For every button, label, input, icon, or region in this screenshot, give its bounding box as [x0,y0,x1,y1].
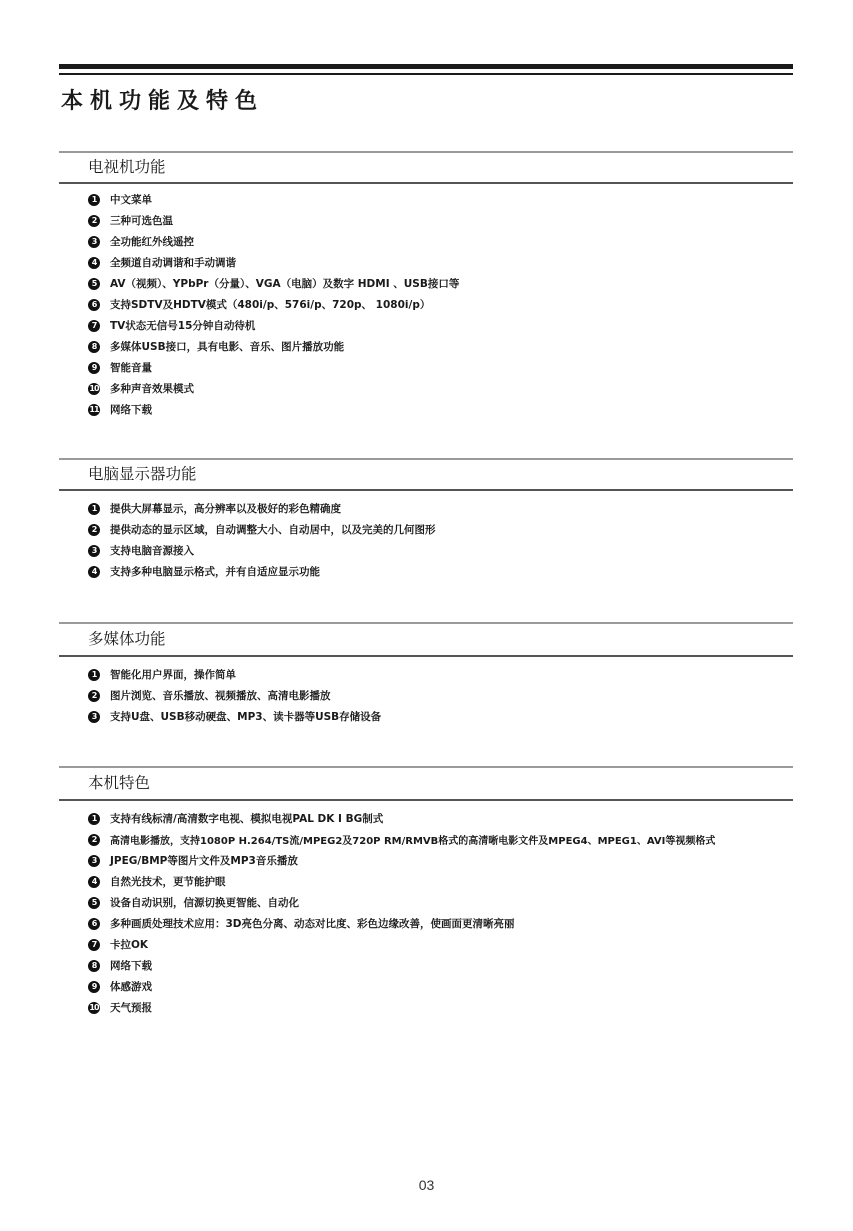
list-item: 7卡拉OK [59,934,793,955]
list-item: 4自然光技术，更节能护眼 [59,871,793,892]
item-text: AV（视频）、YPbPr（分量）、VGA（电脑）及数字 HDMI 、USB接口等 [110,276,459,291]
feature-list: 1提供大屏幕显示，高分辨率以及极好的彩色精确度 2提供动态的显示区域，自动调整大… [59,498,793,582]
section-multimedia-functions: 多媒体功能 1智能化用户界面，操作简单 2图片浏览、音乐播放、视频播放、高清电影… [59,622,793,727]
item-text: TV状态无信号15分钟自动待机 [110,318,255,333]
feature-list: 1智能化用户界面，操作简单 2图片浏览、音乐播放、视频播放、高清电影播放 3支持… [59,664,793,727]
item-text: 三种可选色温 [110,213,173,228]
header-rule-thin [59,73,793,75]
item-text: 体感游戏 [110,979,152,994]
number-bullet-icon: 3 [88,236,100,248]
list-item: 1智能化用户界面，操作简单 [59,664,793,685]
number-bullet-icon: 1 [88,503,100,515]
item-text: 智能音量 [110,360,152,375]
list-item: 2高清电影播放，支持1080P H.264/TS流/MPEG2及720P RM/… [59,829,793,850]
list-item: 8网络下载 [59,955,793,976]
number-bullet-icon: 5 [88,897,100,909]
list-item: 3支持电脑音源接入 [59,540,793,561]
number-bullet-icon: 6 [88,918,100,930]
item-text: 天气预报 [110,1000,152,1015]
number-bullet-icon: 4 [88,876,100,888]
section-title: 电视机功能 [59,153,793,182]
number-bullet-icon: 3 [88,855,100,867]
number-bullet-icon: 9 [88,981,100,993]
number-bullet-icon: 4 [88,257,100,269]
list-item: 6多种画质处理技术应用：3D亮色分离、动态对比度、彩色边缘改善，使画面更清晰亮丽 [59,913,793,934]
feature-list: 1支持有线标清/高清数字电视、模拟电视PAL DK I BG制式 2高清电影播放… [59,808,793,1018]
item-text: 中文菜单 [110,192,152,207]
number-bullet-icon: 6 [88,299,100,311]
item-text: 支持有线标清/高清数字电视、模拟电视PAL DK I BG制式 [110,811,383,826]
header-rule-thick [59,64,793,69]
list-item: 2提供动态的显示区域，自动调整大小、自动居中，以及完美的几何图形 [59,519,793,540]
section-bottom-rule [59,182,793,184]
number-bullet-icon: 8 [88,960,100,972]
number-bullet-icon: 10 [88,1002,100,1014]
list-item: 1提供大屏幕显示，高分辨率以及极好的彩色精确度 [59,498,793,519]
number-bullet-icon: 4 [88,566,100,578]
list-item: 10天气预报 [59,997,793,1018]
number-bullet-icon: 5 [88,278,100,290]
list-item: 2三种可选色温 [59,210,793,231]
number-bullet-icon: 9 [88,362,100,374]
item-text: 网络下载 [110,958,152,973]
item-text: 多媒体USB接口，具有电影、音乐、图片播放功能 [110,339,344,354]
list-item: 5AV（视频）、YPbPr（分量）、VGA（电脑）及数字 HDMI 、USB接口… [59,273,793,294]
section-product-features: 本机特色 1支持有线标清/高清数字电视、模拟电视PAL DK I BG制式 2高… [59,766,793,1018]
item-text: 支持SDTV及HDTV模式（480i/p、576i/p、720p、 1080i/… [110,297,430,312]
number-bullet-icon: 2 [88,834,100,846]
item-text: 智能化用户界面，操作简单 [110,667,236,682]
section-bottom-rule [59,799,793,801]
number-bullet-icon: 7 [88,939,100,951]
item-text: 全功能红外线遥控 [110,234,194,249]
number-bullet-icon: 8 [88,341,100,353]
list-item: 4支持多种电脑显示格式，并有自适应显示功能 [59,561,793,582]
list-item: 11网络下载 [59,399,793,420]
page-title: 本机功能及特色 [61,84,264,115]
section-title: 本机特色 [59,768,793,799]
list-item: 10多种声音效果模式 [59,378,793,399]
item-text: 设备自动识别，信源切换更智能、自动化 [110,895,299,910]
number-bullet-icon: 3 [88,545,100,557]
item-text: 自然光技术，更节能护眼 [110,874,226,889]
number-bullet-icon: 10 [88,383,100,395]
section-pc-monitor-functions: 电脑显示器功能 1提供大屏幕显示，高分辨率以及极好的彩色精确度 2提供动态的显示… [59,458,793,582]
list-item: 5设备自动识别，信源切换更智能、自动化 [59,892,793,913]
item-text: 图片浏览、音乐播放、视频播放、高清电影播放 [110,688,331,703]
number-bullet-icon: 11 [88,404,100,416]
item-text: 支持U盘、USB移动硬盘、MP3、读卡器等USB存储设备 [110,709,381,724]
section-title: 多媒体功能 [59,624,793,655]
page-number: 03 [0,1177,853,1193]
item-text: JPEG/BMP等图片文件及MP3音乐播放 [110,853,298,868]
number-bullet-icon: 1 [88,669,100,681]
item-text: 网络下载 [110,402,152,417]
section-bottom-rule [59,655,793,657]
list-item: 9体感游戏 [59,976,793,997]
item-text: 提供大屏幕显示，高分辨率以及极好的彩色精确度 [110,501,341,516]
number-bullet-icon: 2 [88,215,100,227]
list-item: 8多媒体USB接口，具有电影、音乐、图片播放功能 [59,336,793,357]
item-text: 全频道自动调谐和手动调谐 [110,255,236,270]
list-item: 3JPEG/BMP等图片文件及MP3音乐播放 [59,850,793,871]
item-text: 多种画质处理技术应用：3D亮色分离、动态对比度、彩色边缘改善，使画面更清晰亮丽 [110,916,515,931]
item-text: 支持多种电脑显示格式，并有自适应显示功能 [110,564,320,579]
item-text: 提供动态的显示区域，自动调整大小、自动居中，以及完美的几何图形 [110,522,436,537]
number-bullet-icon: 7 [88,320,100,332]
list-item: 2图片浏览、音乐播放、视频播放、高清电影播放 [59,685,793,706]
number-bullet-icon: 1 [88,813,100,825]
section-bottom-rule [59,489,793,491]
feature-list: 1中文菜单 2三种可选色温 3全功能红外线遥控 4全频道自动调谐和手动调谐 5A… [59,189,793,420]
list-item: 6支持SDTV及HDTV模式（480i/p、576i/p、720p、 1080i… [59,294,793,315]
item-text: 支持电脑音源接入 [110,543,194,558]
item-text: 高清电影播放，支持1080P H.264/TS流/MPEG2及720P RM/R… [110,832,715,847]
item-text: 卡拉OK [110,937,148,952]
section-tv-functions: 电视机功能 1中文菜单 2三种可选色温 3全功能红外线遥控 4全频道自动调谐和手… [59,151,793,420]
number-bullet-icon: 3 [88,711,100,723]
number-bullet-icon: 1 [88,194,100,206]
list-item: 3支持U盘、USB移动硬盘、MP3、读卡器等USB存储设备 [59,706,793,727]
item-text: 多种声音效果模式 [110,381,194,396]
list-item: 7TV状态无信号15分钟自动待机 [59,315,793,336]
list-item: 4全频道自动调谐和手动调谐 [59,252,793,273]
list-item: 1支持有线标清/高清数字电视、模拟电视PAL DK I BG制式 [59,808,793,829]
list-item: 3全功能红外线遥控 [59,231,793,252]
section-title: 电脑显示器功能 [59,460,793,489]
number-bullet-icon: 2 [88,524,100,536]
number-bullet-icon: 2 [88,690,100,702]
list-item: 1中文菜单 [59,189,793,210]
list-item: 9智能音量 [59,357,793,378]
